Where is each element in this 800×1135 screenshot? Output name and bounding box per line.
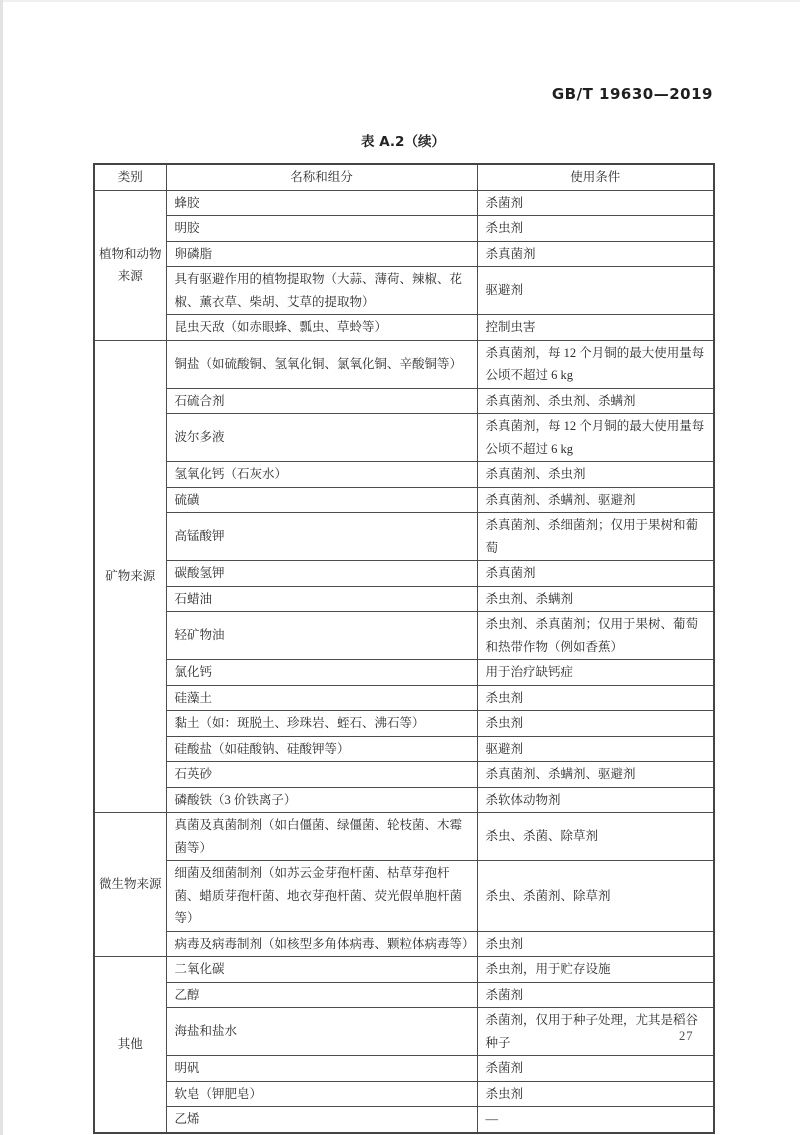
table-row: 明矾杀菌剂 [94, 1056, 714, 1082]
table-row: 卵磷脂杀真菌剂 [94, 241, 714, 267]
table-row: 轻矿物油杀虫剂、杀真菌剂；仅用于果树、葡萄和热带作物（例如香蕉） [94, 612, 714, 660]
name-cell: 轻矿物油 [166, 612, 477, 660]
name-cell: 石硫合剂 [166, 388, 477, 414]
condition-cell: 杀真菌剂 [477, 241, 714, 267]
standard-number: GB/T 19630—2019 [552, 85, 713, 103]
document-page: GB/T 19630—2019 表 A.2（续） 类别 名称和组分 使用条件 植… [0, 0, 800, 1135]
name-cell: 明矾 [166, 1056, 477, 1082]
header-cell-condition: 使用条件 [477, 164, 714, 190]
condition-cell: 杀虫剂 [477, 931, 714, 957]
condition-cell: 杀真菌剂，每 12 个月铜的最大使用量每公顷不超过 6 kg [477, 414, 714, 462]
name-cell: 石蜡油 [166, 586, 477, 612]
name-cell: 石英砂 [166, 762, 477, 788]
condition-cell: 杀软体动物剂 [477, 787, 714, 813]
name-cell: 昆虫天敌（如赤眼蜂、瓢虫、草蛉等） [166, 315, 477, 341]
condition-cell: 杀虫剂 [477, 711, 714, 737]
name-cell: 真菌及真菌制剂（如白僵菌、绿僵菌、轮枝菌、木霉菌等） [166, 813, 477, 861]
table-row: 波尔多液杀真菌剂，每 12 个月铜的最大使用量每公顷不超过 6 kg [94, 414, 714, 462]
condition-cell: 杀真菌剂、杀细菌剂；仅用于果树和葡萄 [477, 513, 714, 561]
name-cell: 乙烯 [166, 1107, 477, 1133]
table-row: 海盐和盐水杀菌剂，仅用于种子处理，尤其是稻谷种子 [94, 1008, 714, 1056]
table-row: 硫磺杀真菌剂、杀螨剂、驱避剂 [94, 487, 714, 513]
table-row: 石英砂杀真菌剂、杀螨剂、驱避剂 [94, 762, 714, 788]
substances-table: 类别 名称和组分 使用条件 植物和动物来源蜂胶杀菌剂明胶杀虫剂卵磷脂杀真菌剂具有… [93, 163, 715, 1134]
name-cell: 具有驱避作用的植物提取物（大蒜、薄荷、辣椒、花椒、薰衣草、柴胡、艾草的提取物） [166, 267, 477, 315]
name-cell: 硅藻土 [166, 685, 477, 711]
name-cell: 高锰酸钾 [166, 513, 477, 561]
condition-cell: 杀虫剂 [477, 1081, 714, 1107]
page-number: 27 [679, 1029, 694, 1044]
table-row: 明胶杀虫剂 [94, 216, 714, 242]
category-cell: 植物和动物来源 [94, 190, 166, 340]
table-row: 细菌及细菌制剂（如苏云金芽孢杆菌、枯草芽孢杆菌、蜡质芽孢杆菌、地衣芽孢杆菌、荧光… [94, 861, 714, 932]
condition-cell: 控制虫害 [477, 315, 714, 341]
table-row: 植物和动物来源蜂胶杀菌剂 [94, 190, 714, 216]
condition-cell: 杀真菌剂 [477, 561, 714, 587]
table-row: 硅酸盐（如硅酸钠、硅酸钾等）驱避剂 [94, 736, 714, 762]
table-row: 具有驱避作用的植物提取物（大蒜、薄荷、辣椒、花椒、薰衣草、柴胡、艾草的提取物）驱… [94, 267, 714, 315]
name-cell: 硫磺 [166, 487, 477, 513]
name-cell: 硅酸盐（如硅酸钠、硅酸钾等） [166, 736, 477, 762]
condition-cell: 杀虫剂，用于贮存设施 [477, 957, 714, 983]
condition-cell: 杀菌剂 [477, 1056, 714, 1082]
table-row: 硅藻土杀虫剂 [94, 685, 714, 711]
name-cell: 二氧化碳 [166, 957, 477, 983]
table-row: 昆虫天敌（如赤眼蜂、瓢虫、草蛉等）控制虫害 [94, 315, 714, 341]
table-row: 石硫合剂杀真菌剂、杀虫剂、杀螨剂 [94, 388, 714, 414]
table-row: 碳酸氢钾杀真菌剂 [94, 561, 714, 587]
table-row: 乙醇杀菌剂 [94, 982, 714, 1008]
name-cell: 磷酸铁（3 价铁离子） [166, 787, 477, 813]
condition-cell: 用于治疗缺钙症 [477, 660, 714, 686]
condition-cell: 杀真菌剂，每 12 个月铜的最大使用量每公顷不超过 6 kg [477, 340, 714, 388]
name-cell: 海盐和盐水 [166, 1008, 477, 1056]
condition-cell: 杀虫剂 [477, 685, 714, 711]
name-cell: 波尔多液 [166, 414, 477, 462]
name-cell: 病毒及病毒制剂（如核型多角体病毒、颗粒体病毒等） [166, 931, 477, 957]
condition-cell: 杀虫、杀菌、除草剂 [477, 813, 714, 861]
condition-cell: 杀真菌剂、杀虫剂、杀螨剂 [477, 388, 714, 414]
table-row: 乙烯— [94, 1107, 714, 1133]
table-row: 磷酸铁（3 价铁离子）杀软体动物剂 [94, 787, 714, 813]
condition-cell: 杀菌剂 [477, 982, 714, 1008]
table-row: 石蜡油杀虫剂、杀螨剂 [94, 586, 714, 612]
condition-cell: 杀真菌剂、杀螨剂、驱避剂 [477, 762, 714, 788]
table-row: 黏土（如：斑脱土、珍珠岩、蛭石、沸石等）杀虫剂 [94, 711, 714, 737]
name-cell: 氯化钙 [166, 660, 477, 686]
name-cell: 碳酸氢钾 [166, 561, 477, 587]
condition-cell: 杀真菌剂、杀螨剂、驱避剂 [477, 487, 714, 513]
condition-cell: 杀虫剂、杀真菌剂；仅用于果树、葡萄和热带作物（例如香蕉） [477, 612, 714, 660]
table-row: 其他二氧化碳杀虫剂，用于贮存设施 [94, 957, 714, 983]
table-title: 表 A.2（续） [93, 130, 713, 150]
condition-cell: 杀虫、杀菌剂、除草剂 [477, 861, 714, 932]
table-row: 软皂（钾肥皂）杀虫剂 [94, 1081, 714, 1107]
name-cell: 明胶 [166, 216, 477, 242]
condition-cell: 杀菌剂 [477, 190, 714, 216]
header-cell-category: 类别 [94, 164, 166, 190]
name-cell: 氢氧化钙（石灰水） [166, 462, 477, 488]
name-cell: 乙醇 [166, 982, 477, 1008]
name-cell: 蜂胶 [166, 190, 477, 216]
name-cell: 铜盐（如硫酸铜、氢氧化铜、氯氧化铜、辛酸铜等） [166, 340, 477, 388]
table-row: 微生物来源真菌及真菌制剂（如白僵菌、绿僵菌、轮枝菌、木霉菌等）杀虫、杀菌、除草剂 [94, 813, 714, 861]
table-row: 矿物来源铜盐（如硫酸铜、氢氧化铜、氯氧化铜、辛酸铜等）杀真菌剂，每 12 个月铜… [94, 340, 714, 388]
name-cell: 黏土（如：斑脱土、珍珠岩、蛭石、沸石等） [166, 711, 477, 737]
condition-cell: 驱避剂 [477, 736, 714, 762]
condition-cell: 杀虫剂 [477, 216, 714, 242]
category-cell: 微生物来源 [94, 813, 166, 957]
table-header-row: 类别 名称和组分 使用条件 [94, 164, 714, 190]
condition-cell: 杀真菌剂、杀虫剂 [477, 462, 714, 488]
substances-table-body: 植物和动物来源蜂胶杀菌剂明胶杀虫剂卵磷脂杀真菌剂具有驱避作用的植物提取物（大蒜、… [94, 190, 714, 1133]
name-cell: 细菌及细菌制剂（如苏云金芽孢杆菌、枯草芽孢杆菌、蜡质芽孢杆菌、地衣芽孢杆菌、荧光… [166, 861, 477, 932]
condition-cell: 驱避剂 [477, 267, 714, 315]
condition-cell: — [477, 1107, 714, 1133]
table-row: 氢氧化钙（石灰水）杀真菌剂、杀虫剂 [94, 462, 714, 488]
table-row: 高锰酸钾杀真菌剂、杀细菌剂；仅用于果树和葡萄 [94, 513, 714, 561]
category-cell: 矿物来源 [94, 340, 166, 813]
name-cell: 软皂（钾肥皂） [166, 1081, 477, 1107]
name-cell: 卵磷脂 [166, 241, 477, 267]
category-cell: 其他 [94, 957, 166, 1133]
table-row: 氯化钙用于治疗缺钙症 [94, 660, 714, 686]
table-row: 病毒及病毒制剂（如核型多角体病毒、颗粒体病毒等）杀虫剂 [94, 931, 714, 957]
condition-cell: 杀虫剂、杀螨剂 [477, 586, 714, 612]
header-cell-name: 名称和组分 [166, 164, 477, 190]
